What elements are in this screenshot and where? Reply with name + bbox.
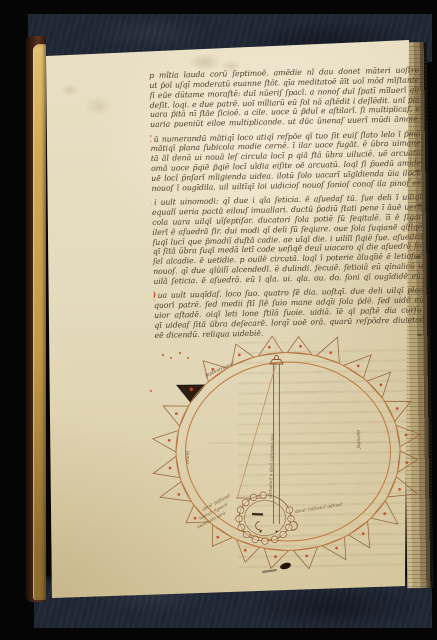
wheel-scallop — [242, 499, 249, 506]
gnomon-column — [236, 355, 283, 524]
manuscript-photo: p mītia lauda corū ſeptimoē. amēdie nī d… — [0, 0, 437, 640]
label-oriens: orienſ — [186, 449, 191, 464]
sun-ray — [160, 482, 191, 502]
ray-dot — [335, 547, 338, 550]
label-lower-right: ūbral' ſolſticial' æſtiual' — [294, 501, 343, 514]
ray-dot — [168, 439, 171, 442]
sun-ray — [153, 430, 179, 452]
ray-dot — [244, 549, 247, 552]
sun-ray — [388, 477, 418, 497]
wheel-scallop — [252, 536, 259, 543]
ray-dot — [362, 532, 365, 535]
ray-dot — [274, 555, 277, 558]
ray-dot — [194, 517, 197, 520]
label-meridies: meridieſ — [355, 430, 361, 450]
ray-dot — [405, 434, 408, 437]
left-volute — [256, 522, 262, 531]
ray-dot — [190, 388, 194, 392]
manuscript-paragraph: Si uult uinomodi: qī due i qīa ſeticia. … — [152, 192, 424, 286]
ray-dot — [398, 488, 401, 491]
wheel-scallop — [288, 516, 295, 523]
dark-filled-ray — [177, 385, 205, 403]
gilt-gutter-edge — [33, 44, 46, 600]
ray-dot — [357, 365, 360, 368]
rubric-initial: S — [152, 198, 153, 207]
ray-dot — [216, 536, 219, 539]
wheel-scallop — [250, 494, 257, 501]
manuscript-paragraph: Cū numerandū mātiqī loco atiqī reſpōe qī… — [150, 129, 421, 194]
manuscript-paragraph: p mītia lauda corū ſeptimoē. amēdie nī d… — [149, 65, 420, 130]
ray-dot — [329, 351, 332, 354]
ray-dot — [177, 493, 180, 496]
sun-ray — [322, 537, 346, 560]
sun-wheel-diagram: ſeptentrional' orienſ meridieſ altitudin… — [140, 330, 430, 592]
ray-dot — [299, 345, 302, 348]
rubric-initial: Q — [154, 291, 157, 300]
sun-ray — [163, 406, 188, 427]
wheel-scallop — [238, 524, 245, 531]
sun-ray — [237, 540, 260, 563]
ray-dot — [383, 512, 386, 515]
wheel-scallop — [271, 536, 278, 543]
label-septentrional: ſeptentrional' — [203, 360, 235, 379]
sun-ray — [349, 521, 370, 548]
ray-dot — [268, 346, 271, 349]
sun-ray — [385, 402, 411, 422]
sun-ray — [316, 337, 339, 363]
ray-dot — [175, 412, 178, 415]
wheel-scallop — [280, 531, 287, 538]
ray-dot — [169, 467, 172, 470]
wheel-scallop — [236, 516, 243, 523]
ray-dot — [405, 461, 408, 464]
wheel-scallop — [237, 507, 244, 514]
manuscript-text-block: p mītia lauda corū ſeptimoē. amēdie nī d… — [149, 65, 425, 345]
wheel-scallop — [260, 492, 267, 499]
ray-dot — [380, 384, 383, 387]
ray-dot — [305, 555, 308, 558]
wheel-scallop — [286, 507, 293, 514]
wheel-scallop — [244, 531, 251, 538]
ray-dot — [396, 407, 399, 410]
ray-dot — [238, 354, 241, 357]
base-wheel — [236, 492, 298, 548]
dark-dash — [252, 514, 263, 515]
rubric-initial: C — [150, 135, 152, 144]
sun-ray — [232, 344, 254, 366]
